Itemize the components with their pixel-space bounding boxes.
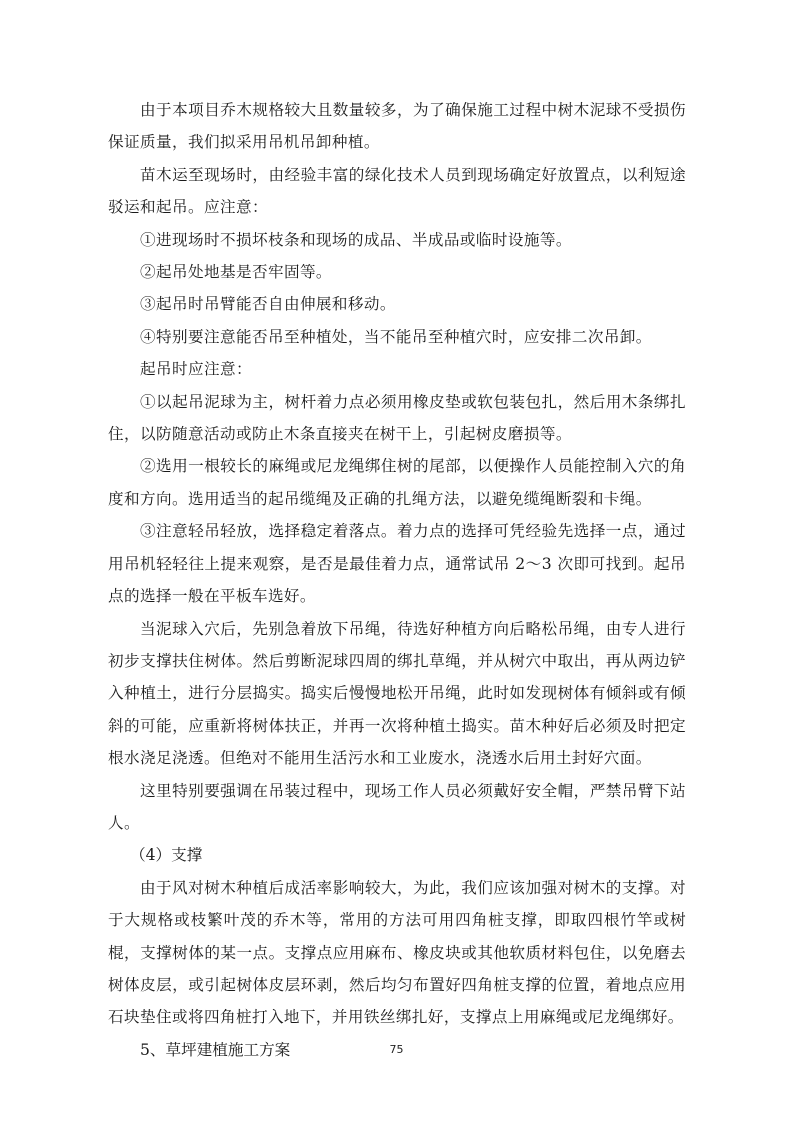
paragraph-safety-note: 这里特别要强调在吊装过程中，现场工作人员必须戴好安全帽，严禁吊臂下站人。 bbox=[108, 775, 686, 840]
list-item-note-2: ②起吊处地基是否牢固等。 bbox=[108, 256, 686, 288]
section-heading-support: （4）支撑 bbox=[108, 839, 686, 871]
list-item-note-1: ①进现场时不损坏枝条和现场的成品、半成品或临时设施等。 bbox=[108, 224, 686, 256]
paragraph-support-method: 由于风对树木种植后成活率影响较大，为此，我们应该加强对树木的支撑。对于大规格或枝… bbox=[108, 872, 686, 1034]
paragraph-seedling-arrival: 苗木运至现场时，由经验丰富的绿化技术人员到现场确定好放置点，以利短途驳运和起吊。… bbox=[108, 159, 686, 224]
list-item-lifting-3: ③注意轻吊轻放，选择稳定着落点。着力点的选择可凭经验先选择一点，通过用吊机轻轻往… bbox=[108, 515, 686, 612]
paragraph-lifting-notes-intro: 起吊时应注意： bbox=[108, 353, 686, 385]
list-item-lifting-1: ①以起吊泥球为主，树杆着力点必须用橡皮垫或软包装包扎，然后用木条绑扎住，以防随意… bbox=[108, 386, 686, 451]
document-body: 由于本项目乔木规格较大且数量较多，为了确保施工过程中树木泥球不受损伤保证质量，我… bbox=[108, 94, 686, 1066]
page-number: 75 bbox=[0, 1043, 793, 1056]
list-item-note-3: ③起吊时吊臂能否自由伸展和移动。 bbox=[108, 288, 686, 320]
list-item-lifting-2: ②选用一根较长的麻绳或尼龙绳绑住树的尾部，以便操作人员能控制入穴的角度和方向。选… bbox=[108, 450, 686, 515]
list-item-note-4: ④特别要注意能否吊至种植处，当不能吊至种植穴时，应安排二次吊卸。 bbox=[108, 321, 686, 353]
paragraph-crane-method: 由于本项目乔木规格较大且数量较多，为了确保施工过程中树木泥球不受损伤保证质量，我… bbox=[108, 94, 686, 159]
paragraph-planting-procedure: 当泥球入穴后，先别急着放下吊绳，待选好种植方向后略松吊绳，由专人进行初步支撑扶住… bbox=[108, 613, 686, 775]
